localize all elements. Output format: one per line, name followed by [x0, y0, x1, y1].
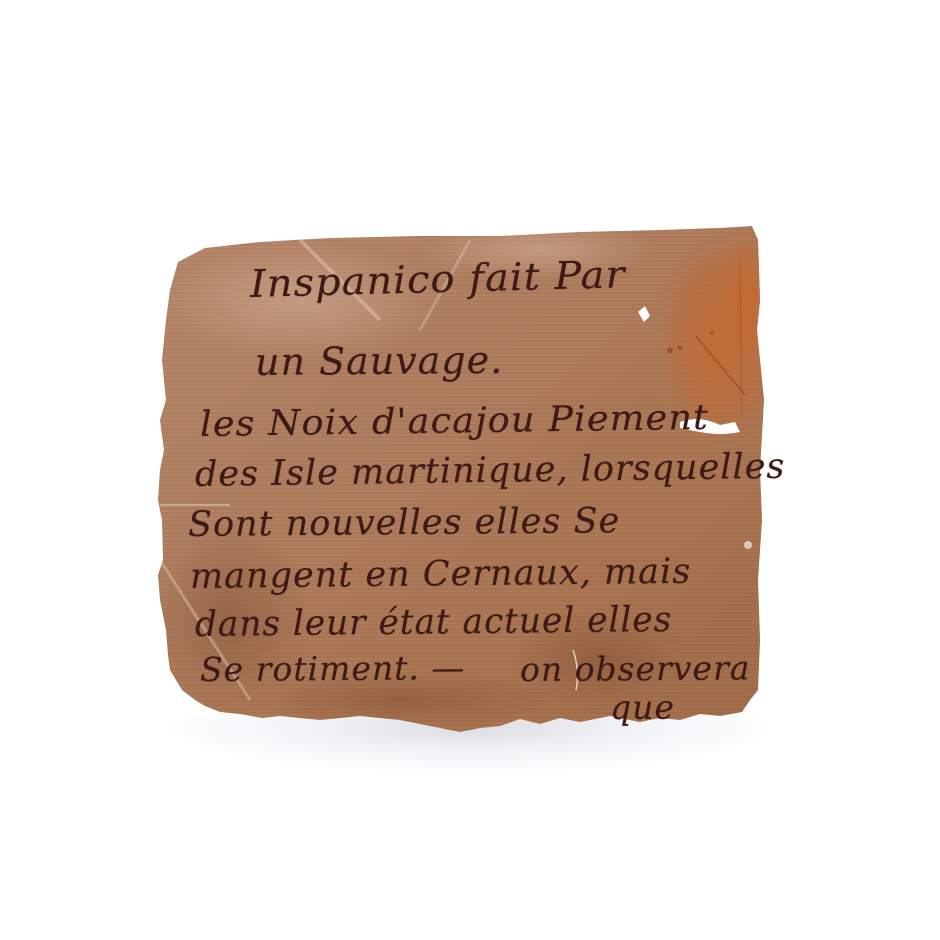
manuscript-line: les Noix d'acajou Piement [200, 398, 709, 445]
manuscript-line: Se rotiment. — [200, 648, 466, 689]
manuscript-line: des Isle martinique, lorsquelles [195, 447, 786, 495]
manuscript-title-line-2: un Sauvage. [255, 338, 504, 384]
photo-stage: Inspanico fait Par un Sauvage. les Noix … [0, 0, 940, 940]
manuscript-line: dans leur état actuel elles [195, 600, 673, 645]
manuscript-title-line-1: Inspanico fait Par [249, 252, 626, 306]
manuscript-catchword: que [610, 688, 675, 727]
manuscript-line: on observera [520, 648, 751, 689]
manuscript-line: Sont nouvelles elles Se [188, 501, 621, 545]
manuscript-text: Inspanico fait Par un Sauvage. les Noix … [0, 0, 940, 940]
manuscript-line: mangent en Cernaux, mais [190, 552, 692, 597]
